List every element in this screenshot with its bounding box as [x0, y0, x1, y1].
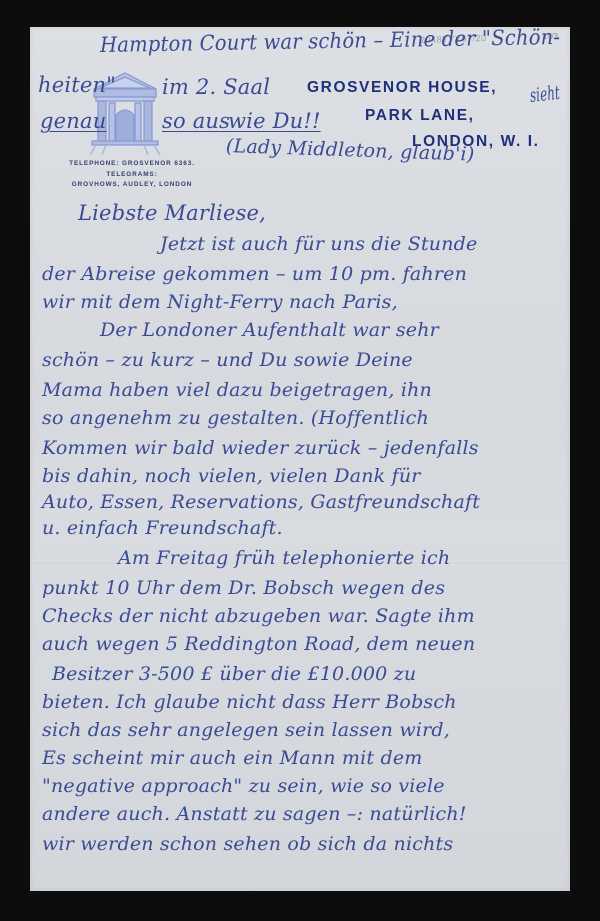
letter-line: bieten. Ich glaube nicht dass Herr Bobsc…: [42, 691, 457, 713]
letter-line: wir mit dem Night-Ferry nach Paris,: [42, 291, 398, 313]
margin-note-line-1: Hampton Court war schön – Eine der "Schö…: [100, 27, 561, 57]
letter-line: andere auch. Anstatt zu sagen –: natürli…: [42, 803, 467, 825]
letter-line: auch wegen 5 Reddington Road, dem neuen: [42, 633, 475, 655]
telegrams-label: TELEGRAMS:: [42, 170, 222, 181]
telephone-line: TELEPHONE: GROSVENOR 6363.: [42, 159, 222, 170]
telegrams-address: GROVHOWS, AUDLEY, LONDON: [42, 180, 222, 191]
letter-line: wir werden schon sehen ob sich da nichts: [42, 833, 453, 855]
scanned-letter: 2048YYY6?/20 1v/3 GROSVENOR HOUSE, PARK …: [0, 0, 600, 921]
letter-line: so angenehm zu gestalten. (Hoffentlich: [42, 407, 429, 429]
margin-note-sieht: sieht: [529, 82, 561, 107]
margin-note-genau: genau: [40, 109, 106, 133]
letter-line: punkt 10 Uhr dem Dr. Bobsch wegen des: [42, 577, 445, 599]
margin-note-heiten: heiten": [38, 73, 116, 97]
letter-line: Jetzt ist auch für uns die Stunde: [160, 233, 477, 255]
margin-note-wie-du: wie Du!!: [228, 109, 321, 133]
letter-line: sich das sehr angelegen sein lassen wird…: [42, 719, 450, 741]
margin-note-saal: im 2. Saal: [162, 75, 270, 99]
letter-line: Der Londoner Aufenthalt war sehr: [100, 319, 439, 341]
letter-line: u. einfach Freundschaft.: [42, 517, 283, 539]
letter-line: schön – zu kurz – und Du sowie Deine: [42, 349, 413, 371]
hotel-street: PARK LANE,: [365, 107, 475, 125]
letter-line: "negative approach" zu sein, wie so viel…: [42, 775, 445, 797]
letter-line: Auto, Essen, Reservations, Gastfreundsch…: [42, 491, 480, 513]
letter-line: bis dahin, noch vielen, vielen Dank für: [42, 465, 421, 487]
margin-note-so-aus: so aus: [162, 109, 230, 133]
letter-sheet: 2048YYY6?/20 1v/3 GROSVENOR HOUSE, PARK …: [30, 27, 570, 891]
letter-line: Mama haben viel dazu beigetragen, ihn: [42, 379, 432, 401]
letter-line: Kommen wir bald wieder zurück – jedenfal…: [42, 437, 479, 459]
salutation: Liebste Marliese,: [78, 201, 266, 225]
letter-line: Am Freitag früh telephonierte ich: [118, 547, 450, 569]
hotel-contact-block: TELEPHONE: GROSVENOR 6363. TELEGRAMS: GR…: [42, 159, 222, 191]
letter-line: Besitzer 3-500 £ über die £10.000 zu: [52, 663, 416, 685]
letter-line: Es scheint mir auch ein Mann mit dem: [42, 747, 423, 769]
letter-line: Checks der nicht abzugeben war. Sagte ih…: [42, 605, 475, 627]
letter-line: der Abreise gekommen – um 10 pm. fahren: [42, 263, 467, 285]
hotel-name: GROSVENOR HOUSE,: [307, 79, 497, 97]
